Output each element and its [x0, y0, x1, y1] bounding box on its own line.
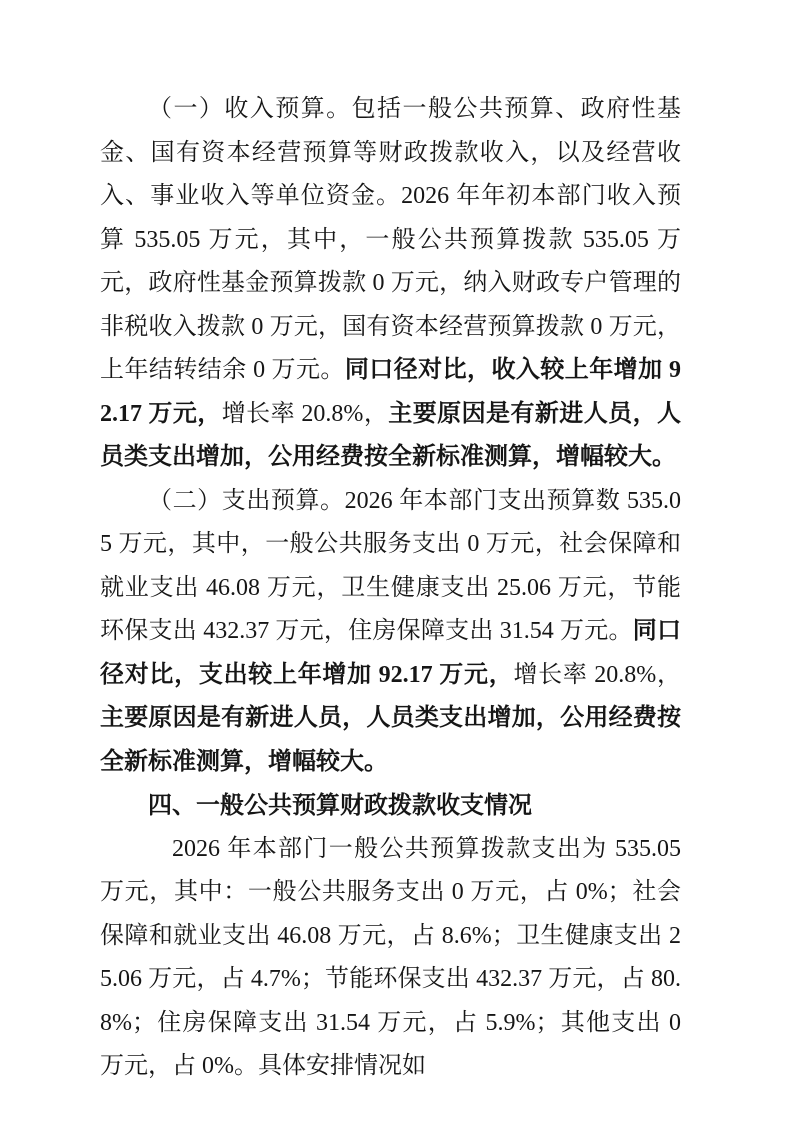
text-segment-bold: 主要原因是有新进人员，人员类支出增加，公用经费按全新标准测算，增幅较大。: [100, 705, 681, 775]
paragraph-income-budget: （一）收入预算。包括一般公共预算、政府性基金、国有资本经营预算等财政拨款收入，以…: [100, 88, 681, 480]
document-page: （一）收入预算。包括一般公共预算、政府性基金、国有资本经营预算等财政拨款收入，以…: [0, 0, 793, 1122]
paragraph-allocation-detail: 2026 年本部门一般公共预算拨款支出为 535.05 万元，其中：一般公共服务…: [100, 828, 681, 1089]
heading-text: 四、一般公共预算财政拨款收支情况: [148, 792, 532, 819]
text-segment: 增长率 20.8%，: [513, 662, 681, 688]
text-segment: 2026 年本部门一般公共预算拨款支出为 535.05 万元，其中：一般公共服务…: [100, 836, 681, 1080]
text-segment: 增长率 20.8%，: [222, 401, 389, 427]
text-segment: （一）收入预算。包括一般公共预算、政府性基金、国有资本经营预算等财政拨款收入，以…: [100, 96, 681, 383]
text-segment: （二）支出预算。2026 年本部门支出预算数 535.05 万元，其中，一般公共…: [100, 488, 681, 645]
section-heading-public-budget-allocation: 四、一般公共预算财政拨款收支情况: [100, 784, 681, 828]
paragraph-expenditure-budget: （二）支出预算。2026 年本部门支出预算数 535.05 万元，其中，一般公共…: [100, 480, 681, 785]
